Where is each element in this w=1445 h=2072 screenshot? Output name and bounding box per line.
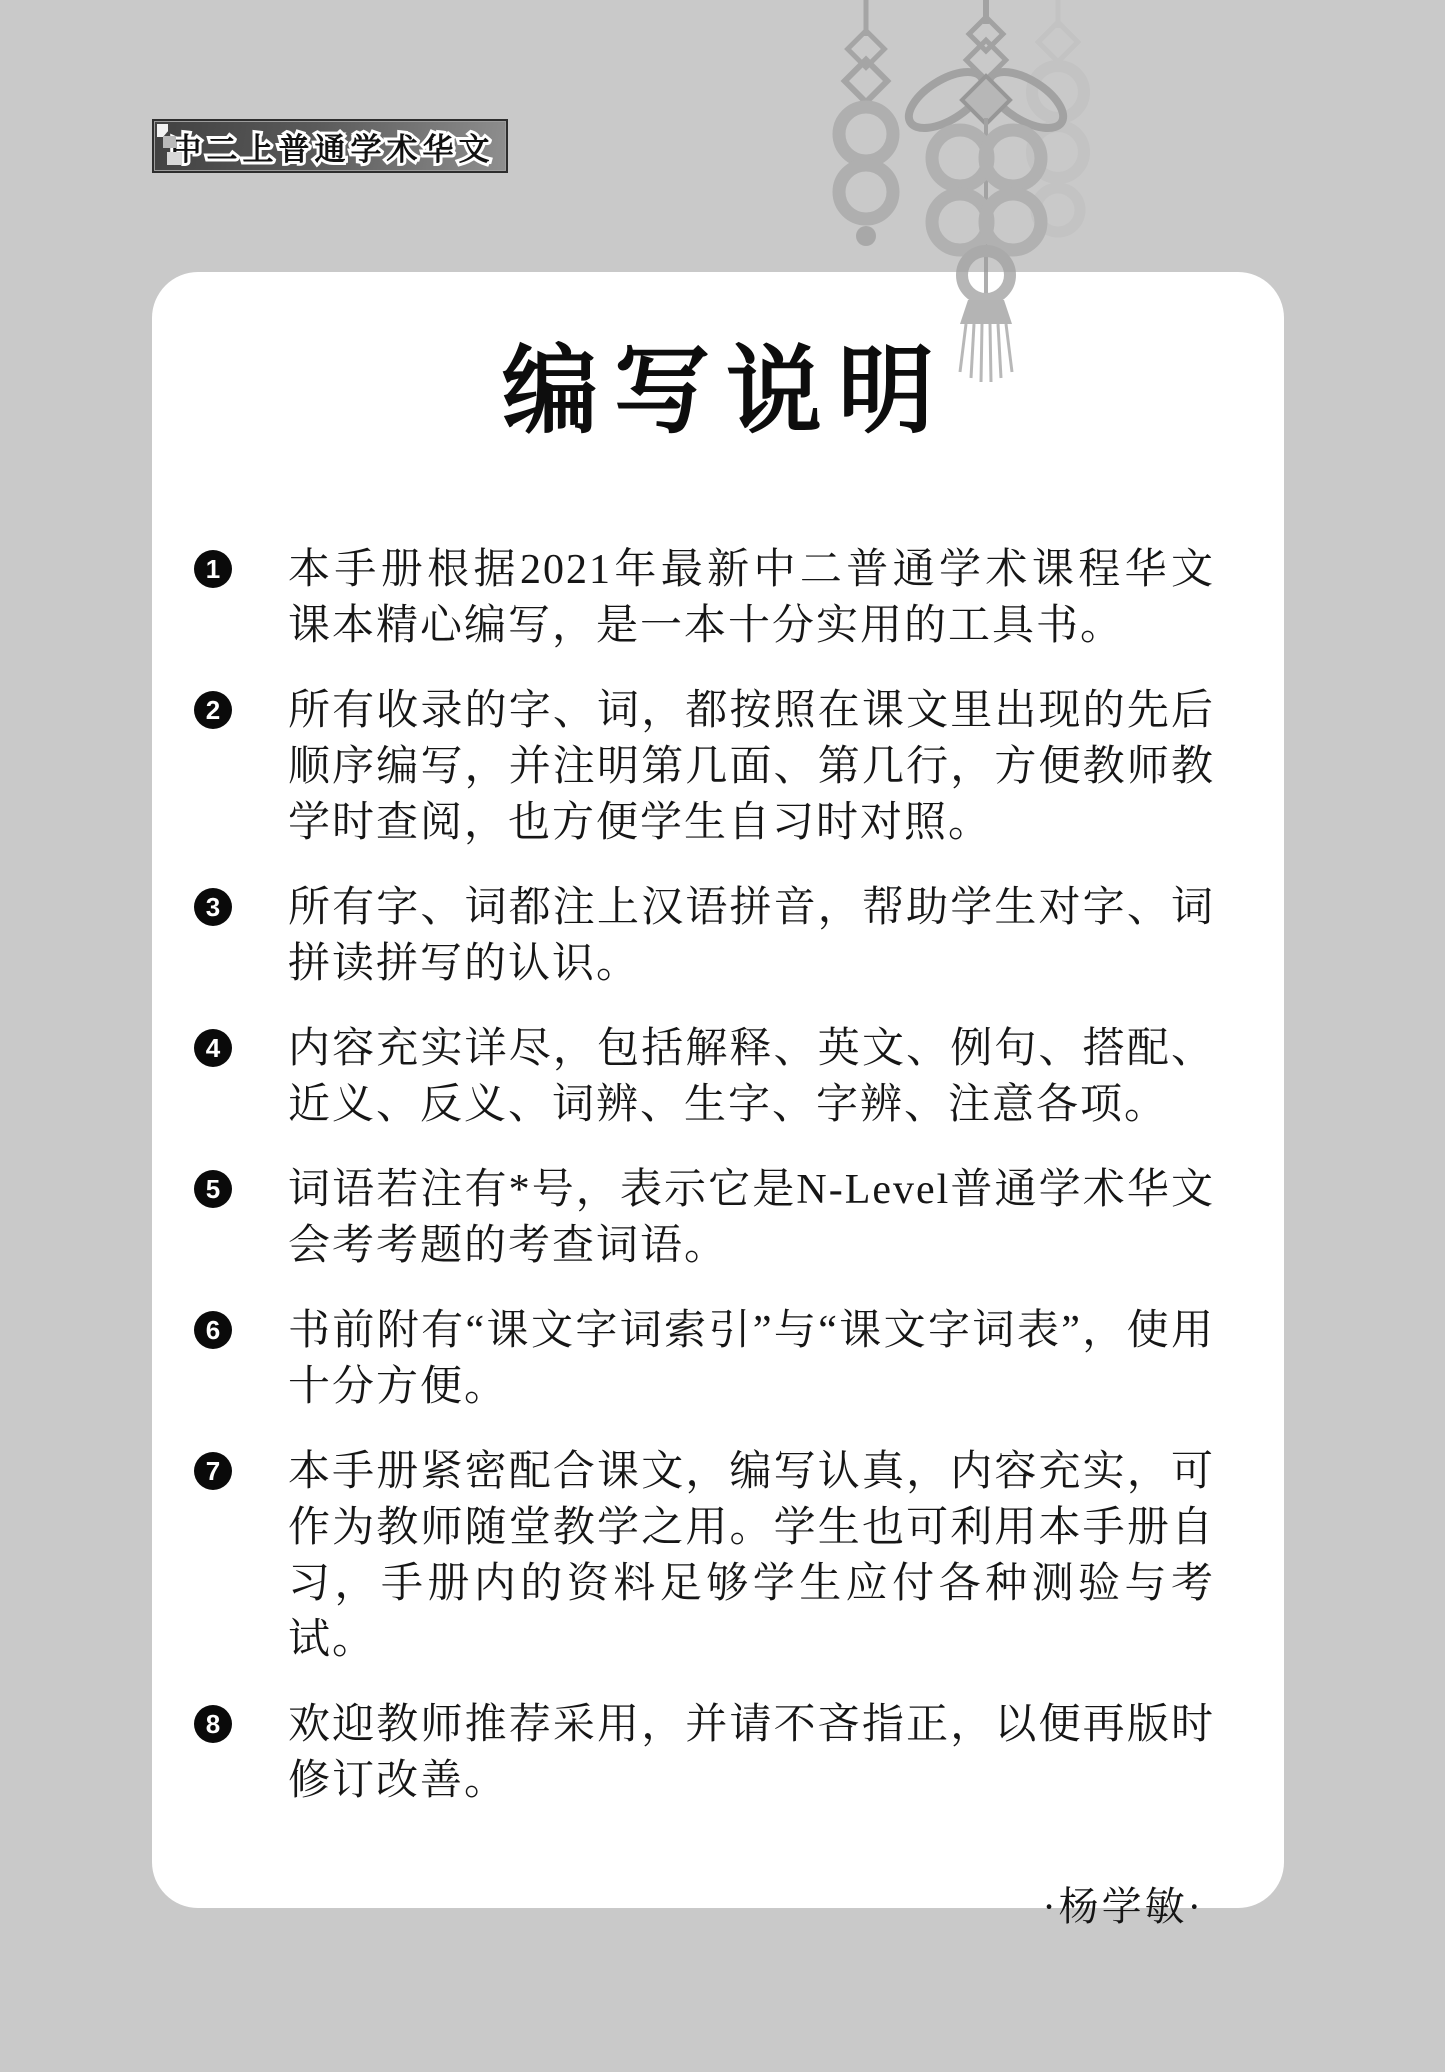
item-number-badge: 3	[194, 888, 232, 926]
item-number-badge: 7	[194, 1452, 232, 1490]
note-text: 本手册紧密配合课文，编写认真，内容充实，可作为教师随堂教学之用。学生也可利用本手…	[288, 1444, 1215, 1668]
note-item-1: 1 本手册根据2021年最新中二普通学术课程华文课本精心编写，是一本十分实用的工…	[194, 542, 1215, 654]
book-page: { "banner": { "label": "中二上普通学术华文" }, "d…	[0, 0, 1445, 2072]
item-number-badge: 8	[194, 1705, 232, 1743]
note-item-3: 3 所有字、词都注上汉语拼音，帮助学生对字、词拼读拼写的认识。	[194, 880, 1215, 992]
note-text: 欢迎教师推荐采用，并请不吝指正，以便再版时修订改善。	[288, 1697, 1215, 1809]
banner-square-decoration	[167, 152, 182, 165]
item-number-badge: 2	[194, 691, 232, 729]
note-text: 词语若注有*号，表示它是N-Level普通学术华文会考考题的考查词语。	[288, 1162, 1215, 1274]
note-item-2: 2 所有收录的字、词，都按照在课文里出现的先后顺序编写，并注明第几面、第几行，方…	[194, 683, 1215, 851]
chinese-knot-tassel-icon	[800, 0, 1110, 385]
note-item-7: 7 本手册紧密配合课文，编写认真，内容充实，可作为教师随堂教学之用。学生也可利用…	[194, 1444, 1215, 1668]
note-item-8: 8 欢迎教师推荐采用，并请不吝指正，以便再版时修订改善。	[194, 1697, 1215, 1809]
note-text: 书前附有“课文字词索引”与“课文字词表”，使用十分方便。	[288, 1303, 1215, 1415]
item-number-badge: 1	[194, 550, 232, 588]
author-signature: ·杨学敏·	[152, 1875, 1284, 1932]
note-text: 内容充实详尽，包括解释、英文、例句、搭配、近义、反义、词辨、生字、字辨、注意各项…	[288, 1021, 1215, 1133]
note-list: 1 本手册根据2021年最新中二普通学术课程华文课本精心编写，是一本十分实用的工…	[152, 542, 1284, 1809]
note-text: 所有字、词都注上汉语拼音，帮助学生对字、词拼读拼写的认识。	[288, 880, 1215, 992]
note-text: 所有收录的字、词，都按照在课文里出现的先后顺序编写，并注明第几面、第几行，方便教…	[288, 683, 1215, 851]
banner-title: 中二上普通学术华文	[166, 124, 495, 169]
page-title: 编写说明	[152, 336, 1284, 448]
header-banner: 中二上普通学术华文	[152, 119, 508, 173]
note-item-5: 5 词语若注有*号，表示它是N-Level普通学术华文会考考题的考查词语。	[194, 1162, 1215, 1274]
content-panel: 编写说明 1 本手册根据2021年最新中二普通学术课程华文课本精心编写，是一本十…	[152, 272, 1284, 1908]
banner-square-decoration	[163, 136, 176, 148]
item-number-badge: 6	[194, 1311, 232, 1349]
note-text: 本手册根据2021年最新中二普通学术课程华文课本精心编写，是一本十分实用的工具书…	[288, 542, 1215, 654]
note-item-4: 4 内容充实详尽，包括解释、英文、例句、搭配、近义、反义、词辨、生字、字辨、注意…	[194, 1021, 1215, 1133]
item-number-badge: 4	[194, 1029, 232, 1067]
note-item-6: 6 书前附有“课文字词索引”与“课文字词表”，使用十分方便。	[194, 1303, 1215, 1415]
item-number-badge: 5	[194, 1170, 232, 1208]
